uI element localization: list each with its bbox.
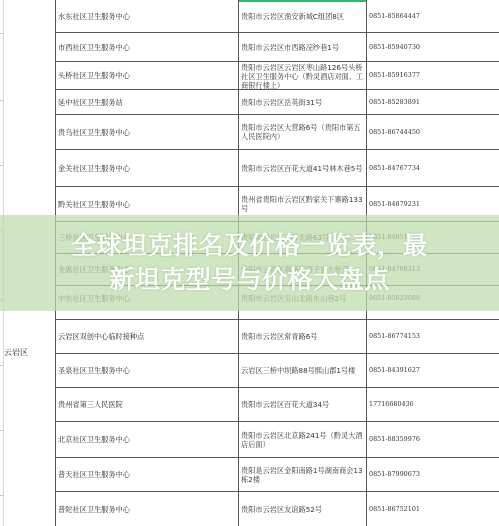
facility-address: 贵阳是云岩区金阳南路1号湖南商会13栋2楼	[239, 458, 367, 491]
banner-title-line-1: 全球坦克排名及价格一览表，最	[71, 229, 428, 263]
table-row[interactable]: 云岩区双创中心临时接种点 贵阳市云岩区常青路6号 0851-86774153	[55, 320, 499, 354]
facility-address: 贵阳市云岩区渔安新城C组团8区	[239, 0, 367, 32]
facility-name: 北京社区卫生服务中心	[55, 422, 239, 457]
facility-name: 头桥社区卫生服务中心	[55, 62, 239, 89]
facility-name: 普陀社区卫生服务中心	[55, 492, 239, 526]
table-row[interactable]: 普天社区卫生服务中心 贵阳是云岩区金阳南路1号湖南商会13栋2楼 0851-87…	[55, 458, 499, 492]
facility-address: 云岩区三桥中坝路88号熙山郡1号楼	[239, 354, 367, 387]
table-row[interactable]: 水东社区卫生服务中心 贵阳市云岩区渔安新城C组团8区 0851-85864447	[55, 0, 499, 33]
facility-name: 延中社区卫生服务站	[55, 90, 239, 114]
title-banner: 全球坦克排名及价格一览表，最 新坦克型号与价格大盘点	[0, 215, 499, 311]
facility-phone: 0851-86774153	[367, 320, 499, 353]
facility-address: 贵阳市云岩区北京路241号（黔灵大酒店后面）	[239, 422, 367, 457]
facility-address: 贵阳市云岩区百花大道34号	[239, 388, 367, 421]
facility-phone: 0851-85940730	[367, 33, 499, 61]
facility-phone: 0851-88359976	[367, 422, 499, 457]
banner-title-line-2: 新坦克型号与价格大盘点	[109, 263, 390, 297]
facility-phone: 0851-87990673	[367, 458, 499, 491]
table-row[interactable]: 北京社区卫生服务中心 贵阳市云岩区北京路241号（黔灵大酒店后面） 0851-8…	[55, 422, 499, 458]
facility-phone: 0851-85283891	[367, 90, 499, 114]
facility-address: 贵阳市云岩区岳英街31号	[239, 90, 367, 114]
table-row[interactable]: 圣泉社区卫生服务中心 云岩区三桥中坝路88号熙山郡1号楼 0851-843916…	[55, 354, 499, 388]
table-row[interactable]: 市西社区卫生服务中心 贵阳市云岩区市西路浣纱巷1号 0851-85940730	[55, 33, 499, 62]
facility-phone: 0851-84391627	[367, 354, 499, 387]
table-row[interactable]: 金关社区卫生服务中心 贵阳市云岩区百花大道41号林木巷5号 0851-84767…	[55, 150, 499, 187]
facility-phone: 0851-86752101	[367, 492, 499, 526]
facility-name: 贵州省第三人民医院	[55, 388, 239, 421]
facility-address: 贵阳市云岩区百花大道41号林木巷5号	[239, 150, 367, 186]
facility-address: 贵阳市云岩区市西路浣纱巷1号	[239, 33, 367, 61]
facility-address: 贵阳市云岩区友谊路52号	[239, 492, 367, 526]
table-row[interactable]: 延中社区卫生服务站 贵阳市云岩区岳英街31号 0851-85283891	[55, 90, 499, 115]
facility-name: 金关社区卫生服务中心	[55, 150, 239, 186]
table-row[interactable]: 普陀社区卫生服务中心 贵阳市云岩区友谊路52号 0851-86752101	[55, 492, 499, 526]
table-row[interactable]: 头桥社区卫生服务中心 贵阳市云岩区云岩区枣山路126号头桥社区卫生服务中心（黔灵…	[55, 62, 499, 90]
facility-phone: 0851-84767734	[367, 150, 499, 186]
facility-name: 圣泉社区卫生服务中心	[55, 354, 239, 387]
table-row[interactable]: 贵州省第三人民医院 贵阳市云岩区百花大道34号 17716680436	[55, 388, 499, 422]
facility-phone: 0851-85916377	[367, 62, 499, 89]
facility-name: 贵乌社区卫生服务中心	[55, 115, 239, 149]
facility-name: 市西社区卫生服务中心	[55, 33, 239, 61]
facility-address: 贵阳市云岩区常青路6号	[239, 320, 367, 353]
facility-phone: 17716680436	[367, 388, 499, 421]
facility-address: 贵阳市云岩区大营路6号（贵阳市第五人民医院内）	[239, 115, 367, 149]
region-label: 云岩区	[4, 347, 28, 358]
facility-address: 贵阳市云岩区云岩区枣山路126号头桥社区卫生服务中心（黔灵酒店对面、工商银行楼上…	[239, 62, 367, 89]
facility-name: 普天社区卫生服务中心	[55, 458, 239, 491]
table-row[interactable]: 贵乌社区卫生服务中心 贵阳市云岩区大营路6号（贵阳市第五人民医院内） 0851-…	[55, 115, 499, 150]
facility-name: 云岩区双创中心临时接种点	[55, 320, 239, 353]
facility-phone: 0851-86744450	[367, 115, 499, 149]
facility-phone: 0851-85864447	[367, 0, 499, 32]
facility-name: 水东社区卫生服务中心	[55, 0, 239, 32]
